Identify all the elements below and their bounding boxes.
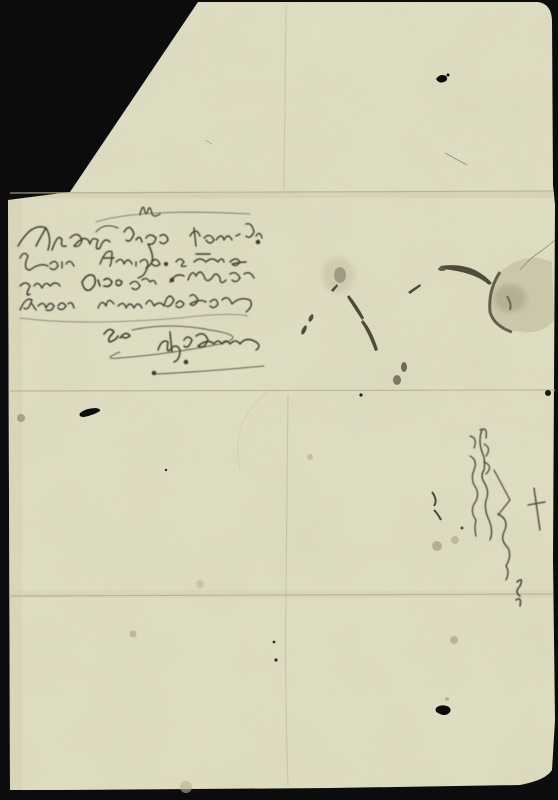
address-line: M xyxy=(0,0,1,1)
paper-sheet xyxy=(0,0,558,800)
document-scan: M Al Capn Diego Fer(nande)z de Lo(.) Ami… xyxy=(0,0,558,800)
paper-body xyxy=(0,0,558,800)
